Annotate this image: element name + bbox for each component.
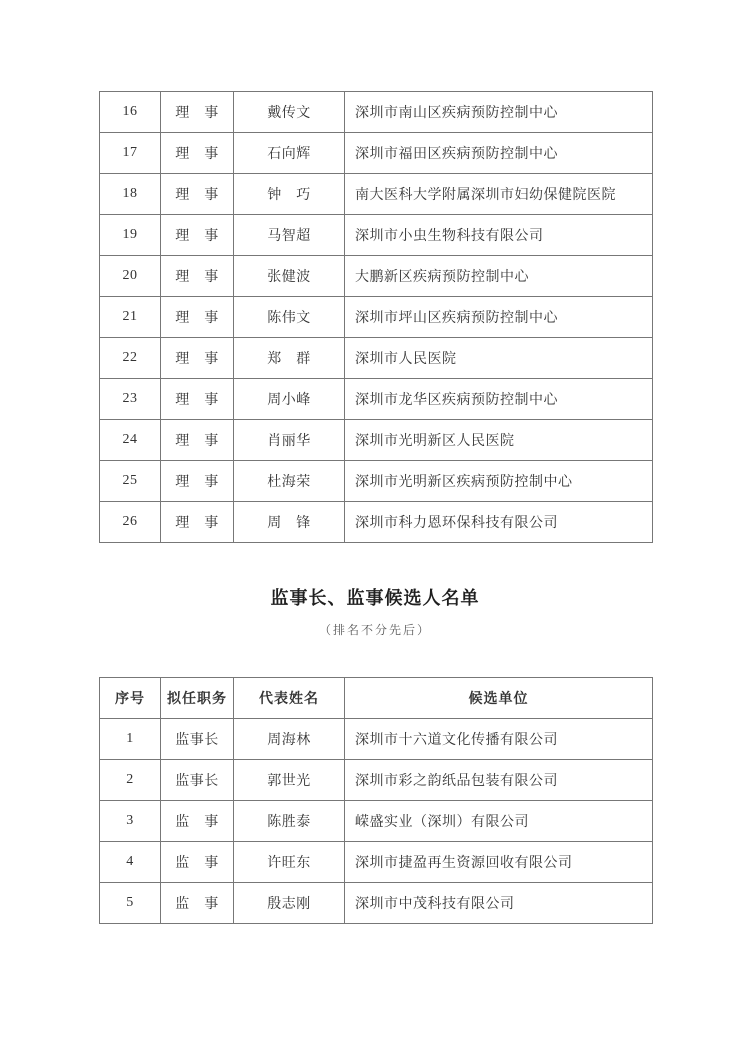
cell-title: 理 事 (161, 338, 234, 379)
cell-org: 深圳市光明新区人民医院 (345, 420, 653, 461)
cell-org: 深圳市十六道文化传播有限公司 (345, 719, 653, 760)
cell-org: 嵘盛实业（深圳）有限公司 (345, 801, 653, 842)
cell-name: 殷志刚 (234, 883, 345, 924)
cell-name: 陈伟文 (234, 297, 345, 338)
directors-table: 16理 事戴传文深圳市南山区疾病预防控制中心17理 事石向辉深圳市福田区疾病预防… (99, 91, 653, 543)
cell-org: 深圳市光明新区疾病预防控制中心 (345, 461, 653, 502)
table-row: 20理 事张健波大鹏新区疾病预防控制中心 (100, 256, 653, 297)
cell-org: 深圳市捷盈再生资源回收有限公司 (345, 842, 653, 883)
supervisors-header-row: 序号 拟任职务 代表姓名 候选单位 (100, 678, 653, 719)
table-row: 19理 事马智超深圳市小虫生物科技有限公司 (100, 215, 653, 256)
cell-name: 戴传文 (234, 92, 345, 133)
cell-org: 深圳市南山区疾病预防控制中心 (345, 92, 653, 133)
section-subtitle: （排名不分先后） (0, 621, 750, 638)
cell-name: 杜海荣 (234, 461, 345, 502)
cell-name: 郑 群 (234, 338, 345, 379)
cell-title: 理 事 (161, 461, 234, 502)
cell-title: 监 事 (161, 883, 234, 924)
cell-no: 4 (100, 842, 161, 883)
supervisors-table: 序号 拟任职务 代表姓名 候选单位 1监事长周海林深圳市十六道文化传播有限公司2… (99, 677, 653, 924)
cell-no: 18 (100, 174, 161, 215)
table-row: 21理 事陈伟文深圳市坪山区疾病预防控制中心 (100, 297, 653, 338)
cell-title: 理 事 (161, 92, 234, 133)
table-row: 25理 事杜海荣深圳市光明新区疾病预防控制中心 (100, 461, 653, 502)
cell-no: 2 (100, 760, 161, 801)
cell-no: 5 (100, 883, 161, 924)
cell-no: 25 (100, 461, 161, 502)
cell-name: 周海林 (234, 719, 345, 760)
header-cell-no: 序号 (100, 678, 161, 719)
table-row: 17理 事石向辉深圳市福田区疾病预防控制中心 (100, 133, 653, 174)
cell-name: 马智超 (234, 215, 345, 256)
cell-name: 石向辉 (234, 133, 345, 174)
cell-name: 钟 巧 (234, 174, 345, 215)
cell-no: 16 (100, 92, 161, 133)
cell-org: 深圳市中茂科技有限公司 (345, 883, 653, 924)
table-row: 23理 事周小峰深圳市龙华区疾病预防控制中心 (100, 379, 653, 420)
cell-no: 17 (100, 133, 161, 174)
cell-no: 20 (100, 256, 161, 297)
cell-org: 南大医科大学附属深圳市妇幼保健院医院 (345, 174, 653, 215)
cell-title: 理 事 (161, 420, 234, 461)
cell-title: 理 事 (161, 174, 234, 215)
cell-org: 深圳市坪山区疾病预防控制中心 (345, 297, 653, 338)
cell-name: 许旺东 (234, 842, 345, 883)
header-cell-org: 候选单位 (345, 678, 653, 719)
cell-title: 监 事 (161, 842, 234, 883)
cell-title: 理 事 (161, 133, 234, 174)
cell-name: 张健波 (234, 256, 345, 297)
cell-title: 监事长 (161, 719, 234, 760)
cell-title: 理 事 (161, 215, 234, 256)
cell-title: 理 事 (161, 379, 234, 420)
cell-name: 陈胜泰 (234, 801, 345, 842)
cell-no: 1 (100, 719, 161, 760)
table-row: 3监 事陈胜泰嵘盛实业（深圳）有限公司 (100, 801, 653, 842)
table-row: 22理 事郑 群深圳市人民医院 (100, 338, 653, 379)
cell-title: 理 事 (161, 297, 234, 338)
section-title: 监事长、监事候选人名单 (0, 584, 750, 610)
cell-no: 22 (100, 338, 161, 379)
cell-org: 大鹏新区疾病预防控制中心 (345, 256, 653, 297)
cell-org: 深圳市福田区疾病预防控制中心 (345, 133, 653, 174)
supervisors-table-body: 1监事长周海林深圳市十六道文化传播有限公司2监事长郭世光深圳市彩之韵纸品包装有限… (100, 719, 653, 924)
cell-title: 理 事 (161, 502, 234, 543)
table-row: 24理 事肖丽华深圳市光明新区人民医院 (100, 420, 653, 461)
cell-name: 周小峰 (234, 379, 345, 420)
cell-title: 理 事 (161, 256, 234, 297)
cell-org: 深圳市人民医院 (345, 338, 653, 379)
cell-org: 深圳市科力恩环保科技有限公司 (345, 502, 653, 543)
cell-org: 深圳市小虫生物科技有限公司 (345, 215, 653, 256)
table-row: 16理 事戴传文深圳市南山区疾病预防控制中心 (100, 92, 653, 133)
table-row: 26理 事周 锋深圳市科力恩环保科技有限公司 (100, 502, 653, 543)
table-row: 5监 事殷志刚深圳市中茂科技有限公司 (100, 883, 653, 924)
cell-name: 郭世光 (234, 760, 345, 801)
cell-no: 24 (100, 420, 161, 461)
table-row: 18理 事钟 巧南大医科大学附属深圳市妇幼保健院医院 (100, 174, 653, 215)
cell-no: 26 (100, 502, 161, 543)
cell-title: 监事长 (161, 760, 234, 801)
cell-name: 肖丽华 (234, 420, 345, 461)
directors-table-body: 16理 事戴传文深圳市南山区疾病预防控制中心17理 事石向辉深圳市福田区疾病预防… (100, 92, 653, 543)
cell-org: 深圳市龙华区疾病预防控制中心 (345, 379, 653, 420)
document-page: { "section": { "heading": "监事长、监事候选人名单",… (0, 0, 750, 1060)
table-row: 2监事长郭世光深圳市彩之韵纸品包装有限公司 (100, 760, 653, 801)
cell-org: 深圳市彩之韵纸品包装有限公司 (345, 760, 653, 801)
cell-no: 23 (100, 379, 161, 420)
table-row: 4监 事许旺东深圳市捷盈再生资源回收有限公司 (100, 842, 653, 883)
table-row: 1监事长周海林深圳市十六道文化传播有限公司 (100, 719, 653, 760)
cell-title: 监 事 (161, 801, 234, 842)
header-cell-name: 代表姓名 (234, 678, 345, 719)
header-cell-title: 拟任职务 (161, 678, 234, 719)
cell-name: 周 锋 (234, 502, 345, 543)
cell-no: 19 (100, 215, 161, 256)
cell-no: 21 (100, 297, 161, 338)
cell-no: 3 (100, 801, 161, 842)
